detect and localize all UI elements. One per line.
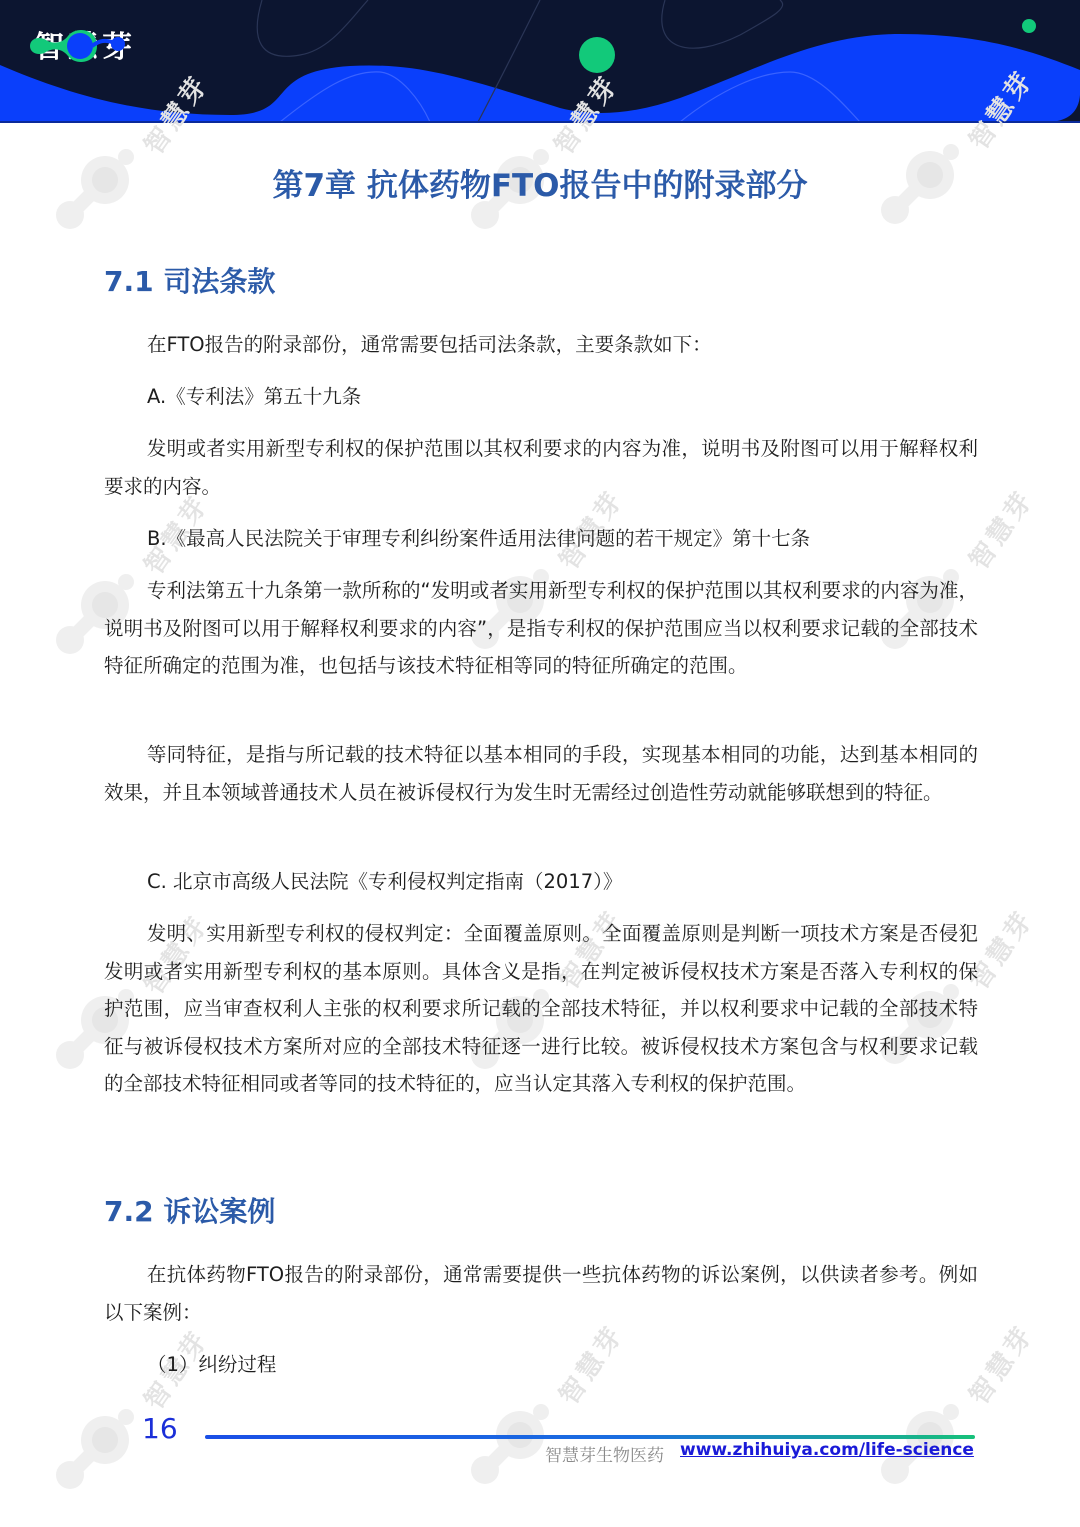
clause-b-text-2: 等同特征，是指与所记载的技术特征以基本相同的手段，实现基本相同的功能，达到基本相…	[104, 736, 978, 811]
clause-b-text-1: 专利法第五十九条第一款所称的“发明或者实用新型专利权的保护范围以其权利要求的内容…	[104, 572, 978, 685]
footer-brand: 智慧芽生物医药	[545, 1441, 664, 1466]
chapter-title: 第7章 抗体药物FTO报告中的附录部分	[0, 160, 1080, 205]
watermark-logo-icon	[40, 1395, 150, 1505]
footer-website-link[interactable]: www.zhihuiya.com/life-science	[680, 1440, 974, 1460]
clause-a-text: 发明或者实用新型专利权的保护范围以其权利要求的内容为准，说明书及附图可以用于解释…	[104, 430, 978, 505]
brand-logo-icon	[22, 22, 134, 70]
header-wave-graphic	[0, 0, 1080, 123]
case-item-1: （1）纠纷过程	[147, 1346, 276, 1384]
section-7-1-intro: 在FTO报告的附录部份，通常需要包括司法条款，主要条款如下：	[147, 326, 712, 364]
section-title-7-2: 7.2 诉讼案例	[104, 1190, 275, 1230]
clause-b-heading: B.《最高人民法院关于审理专利纠纷案件适用法律问题的若干规定》第十七条	[147, 520, 810, 558]
brand-logo: 智慧芽	[22, 22, 136, 66]
clause-a-heading: A.《专利法》第五十九条	[147, 378, 361, 416]
section-title-7-1: 7.1 司法条款	[104, 260, 275, 300]
clause-c-heading: C. 北京市高级人民法院《专利侵权判定指南（2017）》	[147, 863, 622, 901]
header-banner: 智慧芽	[0, 0, 1080, 123]
clause-c-text: 发明、实用新型专利权的侵权判定：全面覆盖原则。全面覆盖原则是判断一项技术方案是否…	[104, 915, 978, 1103]
page-number: 16	[142, 1412, 178, 1445]
section-7-2-intro: 在抗体药物FTO报告的附录部份，通常需要提供一些抗体药物的诉讼案例，以供读者参考…	[104, 1256, 978, 1331]
footer-divider	[205, 1435, 975, 1439]
